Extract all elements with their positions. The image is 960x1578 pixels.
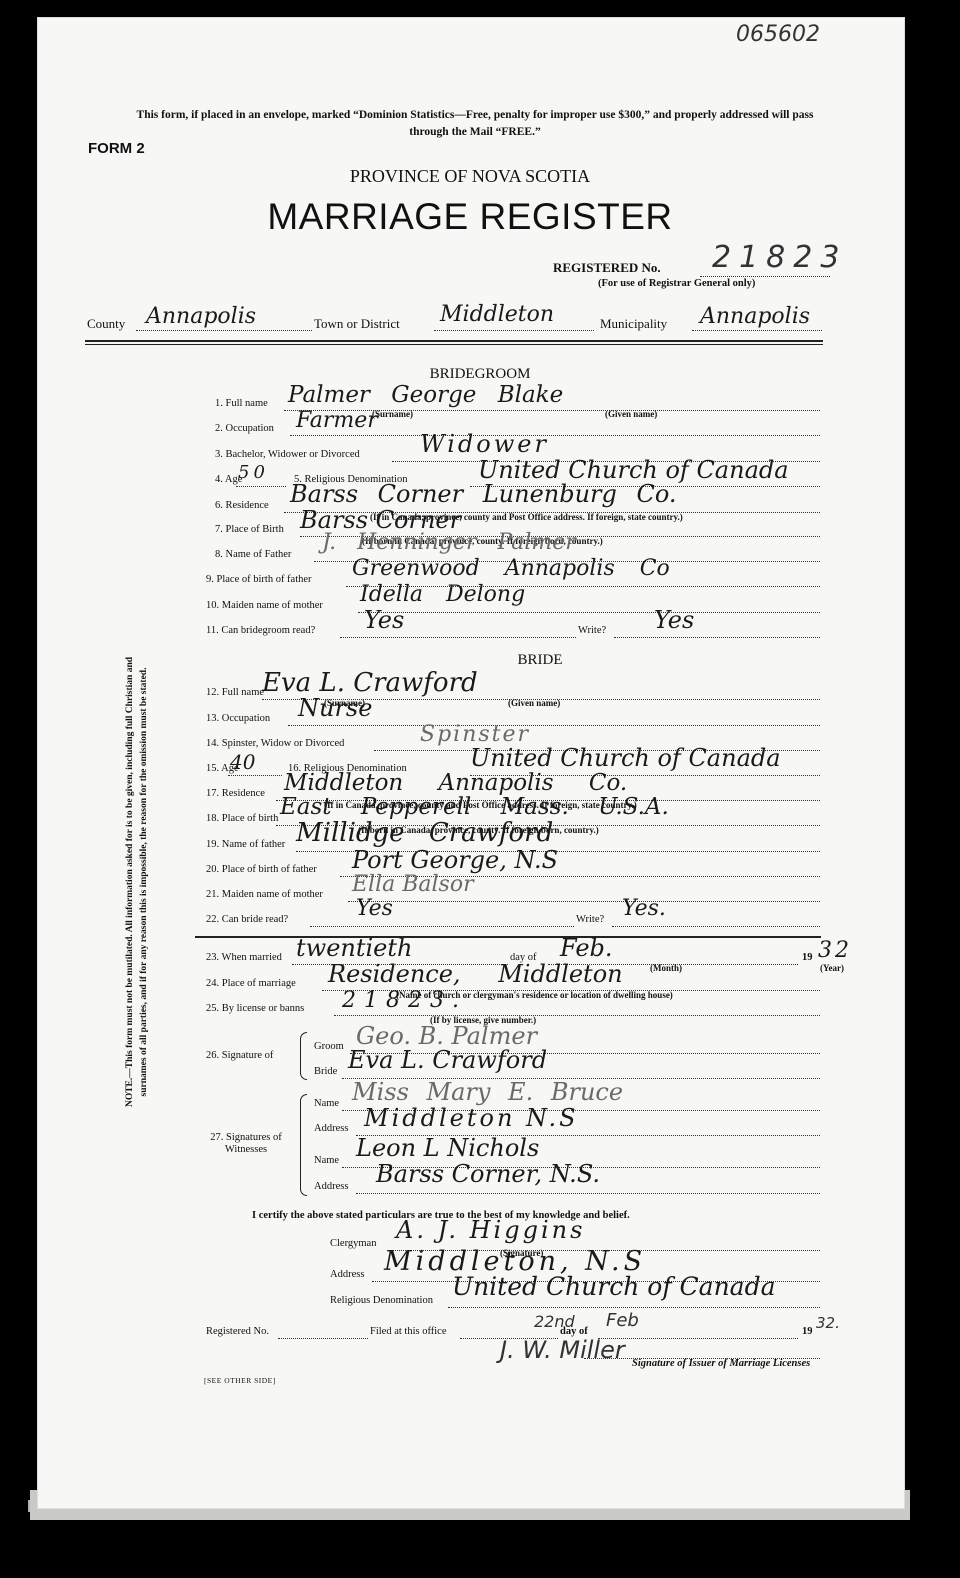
municipality-value: Annapolis (700, 304, 810, 329)
filed-year: 32. (816, 1314, 840, 1332)
groom-residence-label: 6. Residence (215, 500, 269, 511)
clergyman-signature: A. J. Higgins (396, 1216, 585, 1244)
province-heading: PROVINCE OF NOVA SCOTIA (230, 166, 710, 187)
bride-age-value: 40 (230, 750, 255, 774)
signature-of-label: 26. Signature of (206, 1050, 273, 1061)
bride-mother-value: Ella Balsor (352, 872, 474, 897)
groom-full-name-value: Palmer George Blake (288, 382, 563, 408)
groom-father-label: 8. Name of Father (215, 549, 291, 560)
municipality-label: Municipality (600, 316, 667, 332)
bride-divider (195, 936, 821, 938)
groom-mother-value: Idella Delong (360, 582, 525, 607)
header-divider (85, 340, 823, 342)
bride-birthplace-value: East Pepperell Mass. U.S.A. (280, 794, 669, 820)
witness-1-address: Middleton N.S (364, 1104, 579, 1132)
issuer-label: Signature of Issuer of Marriage Licenses (632, 1358, 810, 1369)
county-label: County (87, 316, 125, 332)
registered-no-value: 21823 (712, 240, 847, 275)
groom-father-birthplace-label: 9. Place of birth of father (206, 574, 312, 585)
groom-mother-label: 10. Maiden name of mother (206, 600, 323, 611)
when-married-month: Feb. (560, 934, 613, 962)
bride-read-value: Yes (356, 896, 393, 921)
see-other-side: [SEE OTHER SIDE] (204, 1376, 276, 1385)
groom-occupation-label: 2. Occupation (215, 423, 274, 434)
filed-label: Filed at this office (370, 1326, 447, 1337)
groom-birthplace-label: 7. Place of Birth (215, 524, 284, 535)
bride-occupation-value: Nurse (298, 694, 372, 722)
groom-full-name-label: 1. Full name (215, 398, 268, 409)
mail-notice: This form, if placed in an envelope, mar… (130, 107, 820, 141)
witness-1-address-label: Address (314, 1123, 348, 1134)
clergyman-address-label: Address (330, 1269, 364, 1280)
bride-mother-label: 21. Maiden name of mother (206, 889, 323, 900)
groom-father-birthplace-value: Greenwood Annapolis Co (352, 556, 670, 581)
witness-1-name-label: Name (314, 1098, 339, 1109)
groom-read-value: Yes (364, 606, 404, 634)
when-married-year: 32 (818, 938, 852, 963)
county-value: Annapolis (146, 304, 256, 329)
license-label: 25. By license or banns (206, 1003, 304, 1014)
town-value: Middleton (440, 302, 554, 327)
witness-2-address: Barss Corner, N.S. (376, 1160, 600, 1188)
when-married-day: twentieth (296, 934, 412, 962)
registered-no-footer-label: Registered No. (206, 1326, 269, 1337)
form-label: FORM 2 (88, 140, 145, 157)
place-of-marriage-label: 24. Place of marriage (206, 978, 296, 989)
bride-signature: Eva L. Crawford (348, 1046, 547, 1074)
groom-write-label: Write? (578, 625, 606, 636)
witnesses-label: 27. Signatures of Witnesses (196, 1132, 296, 1156)
bride-residence-label: 17. Residence (206, 788, 265, 799)
groom-write-value: Yes (654, 606, 694, 634)
bride-write-value: Yes. (622, 896, 666, 921)
bride-read-label: 22. Can bride read? (206, 914, 288, 925)
bride-father-birthplace-value: Port George, N.S (352, 846, 558, 874)
clergyman-denomination: United Church of Canada (452, 1272, 776, 1301)
archive-number: 065602 (736, 22, 820, 47)
bride-father-value: Millidge Crawford (296, 818, 553, 848)
bride-occupation-label: 13. Occupation (206, 713, 270, 724)
groom-age-value: 50 (238, 462, 269, 483)
groom-status-label: 3. Bachelor, Widower or Divorced (215, 449, 360, 460)
bride-birthplace-label: 18. Place of birth (206, 813, 278, 824)
year-prefix: 19 (802, 952, 813, 963)
filed-year-prefix: 19 (802, 1326, 813, 1337)
bride-residence-value: Middleton Annapolis Co. (284, 770, 627, 796)
license-value: 21823. (342, 988, 467, 1013)
bride-signature-label: Bride (314, 1066, 337, 1077)
when-married-label: 23. When married (206, 952, 282, 963)
clergyman-denomination-label: Religious Denomination (330, 1295, 433, 1306)
groom-residence-value: Barss Corner Lunenburg Co. (290, 480, 677, 508)
bride-write-label: Write? (576, 914, 604, 925)
groom-occupation-value: Farmer (296, 408, 378, 433)
bride-heading: BRIDE (480, 652, 600, 669)
bride-denomination-value: United Church of Canada (470, 744, 781, 772)
issuer-signature: J. W. Miller (500, 1336, 625, 1364)
groom-read-label: 11. Can bridegroom read? (206, 625, 315, 636)
filed-month: Feb (606, 1310, 639, 1331)
witness-1-name: Miss Mary E. Bruce (352, 1078, 623, 1106)
groom-status-value: Widower (420, 430, 549, 458)
clergyman-label: Clergyman (330, 1238, 376, 1249)
witness-2-name-label: Name (314, 1155, 339, 1166)
bride-status-label: 14. Spinster, Widow or Divorced (206, 738, 344, 749)
bride-father-birthplace-label: 20. Place of birth of father (206, 864, 317, 875)
place-of-marriage-value: Residence, Middleton (328, 960, 623, 988)
side-note: NOTE.—This form must not be mutilated. A… (123, 557, 151, 1207)
witness-2-address-label: Address (314, 1181, 348, 1192)
town-label: Town or District (314, 316, 400, 332)
page-title: MARRIAGE REGISTER (180, 196, 760, 238)
registered-no-label: REGISTERED No. (553, 260, 661, 276)
bride-father-label: 19. Name of father (206, 839, 285, 850)
bride-full-name-label: 12. Full name (206, 687, 264, 698)
witness-2-name: Leon L Nichols (356, 1134, 539, 1162)
registered-no-note: (For use of Registrar General only) (598, 278, 755, 289)
groom-father-value: J. Henninger Palmer (322, 530, 576, 555)
bridegroom-heading: BRIDEGROOM (380, 366, 580, 383)
groom-signature-label: Groom (314, 1041, 344, 1052)
